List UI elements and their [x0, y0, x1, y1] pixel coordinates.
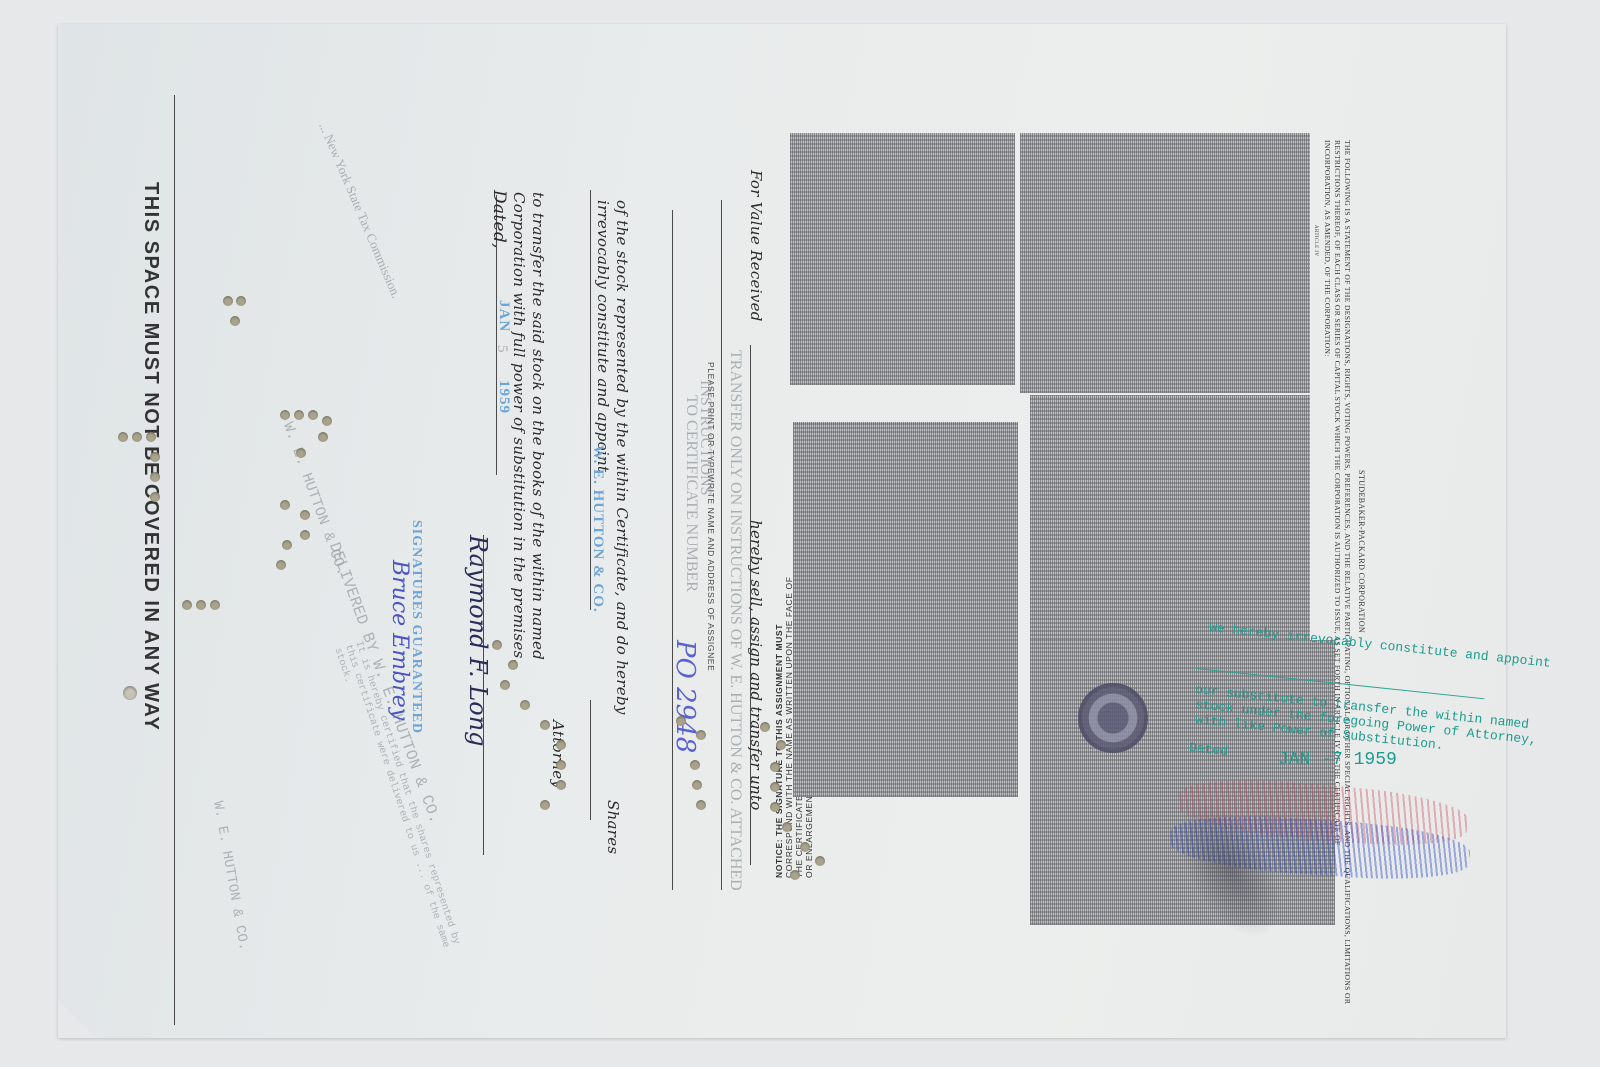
statement-text-block-2 [1020, 133, 1310, 393]
margin-rule [174, 95, 175, 1025]
assignee-line-2 [721, 200, 722, 890]
dated-month: JAN [495, 300, 512, 332]
statement-heading-3: INCORPORATION, AS AMENDED, OF THE CORPOR… [1323, 140, 1332, 357]
transfer-line: to transfer the said stock on the books … [529, 192, 547, 660]
corporate-seal [1078, 683, 1148, 753]
attorney-label: Attorney [549, 720, 567, 788]
to-certificate-number-overprint: TO CERTIFICATE NUMBER [682, 395, 700, 592]
assignee-line-3 [672, 210, 673, 890]
statement-text-block-3 [1030, 395, 1310, 640]
dated-day: 5 [493, 345, 510, 353]
shares-label: Shares [604, 800, 622, 854]
binder-hole [123, 686, 137, 700]
stock-represented-line: of the stock represented by the within C… [613, 200, 631, 715]
cut-corner [58, 1000, 96, 1038]
corporation-line: Corporation with full power of substitut… [510, 192, 528, 664]
statement-text-block-4 [793, 422, 1018, 797]
appoint-line [590, 700, 591, 820]
transfer-instruction-overprint: TRANSFER ONLY ON INSTRUCTIONS OF W. E. H… [726, 350, 744, 891]
for-value-received: For Value Received [747, 170, 765, 322]
owner-signature: Raymond F. Long [464, 535, 492, 747]
dated-year: 1959 [495, 380, 512, 414]
substitution-stamp-date: JAN -7 1959 [1278, 750, 1397, 770]
hereby-sell-assign: hereby sell, assign and transfer unto [747, 520, 765, 811]
issuer-name: STUDEBAKER-PACKARD CORPORATION [1357, 470, 1366, 633]
notice-line-1: NOTICE: THE SIGNATURE TO THIS ASSIGNMENT… [774, 575, 784, 878]
statement-text-block-1 [790, 133, 1015, 385]
dated-label: Dated, [489, 190, 509, 249]
guarantor-signature: Bruce Embrey [387, 560, 412, 720]
assignee-stamp: W. E. HUTTON & CO. [589, 445, 606, 613]
statement-article: ARTICLE IV [1313, 225, 1318, 256]
irrevocably-appoint-line: irrevocably constitute and appoint [594, 200, 612, 472]
